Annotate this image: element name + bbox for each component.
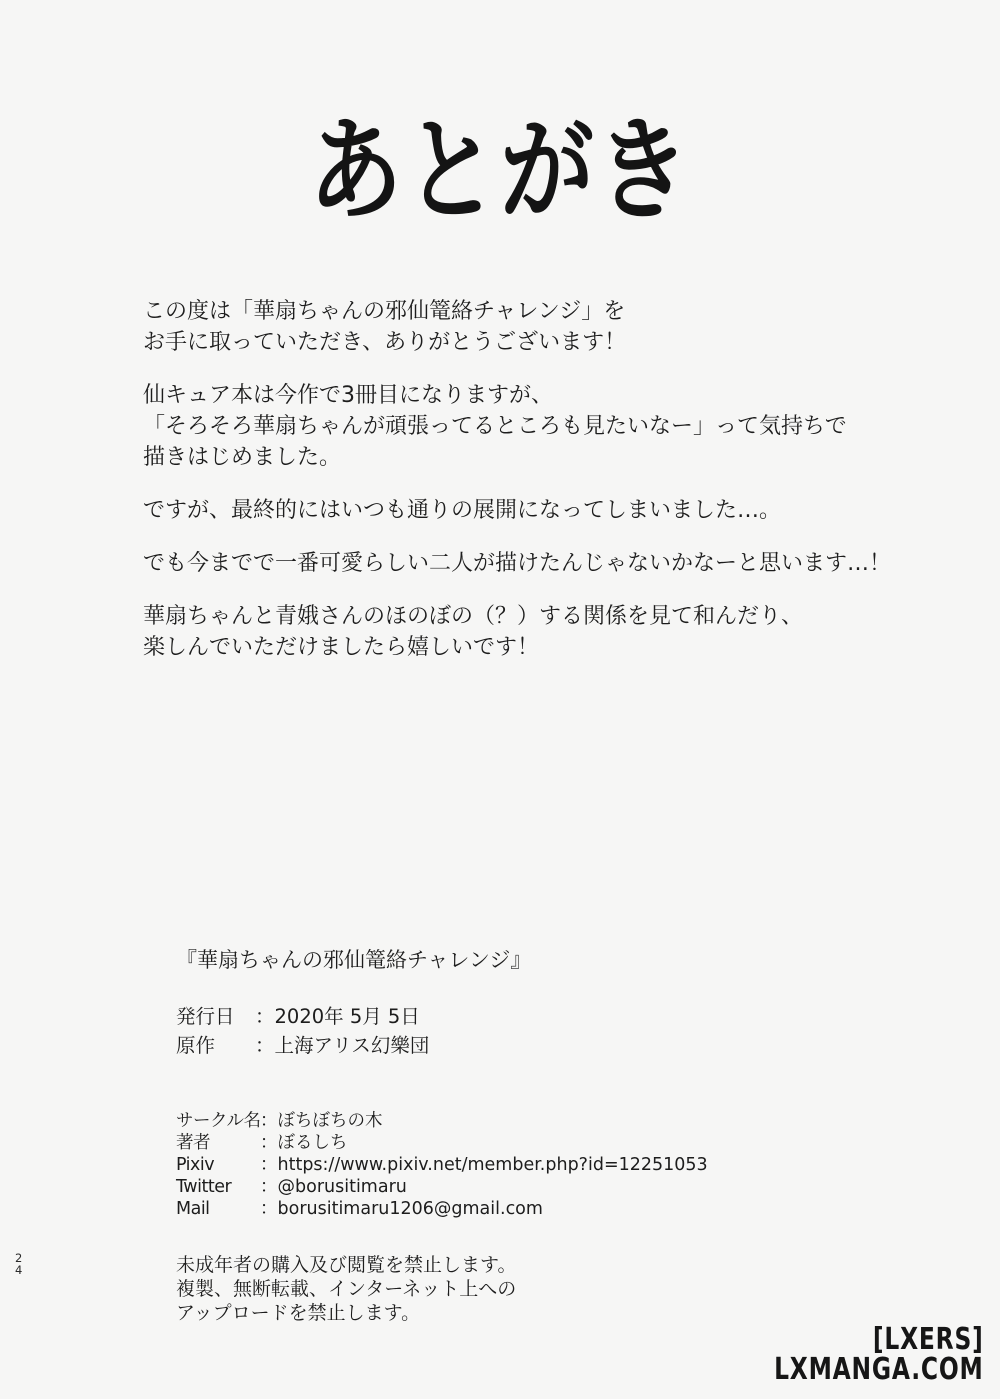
page-title: あとがき: [80, 96, 920, 246]
text-line: 描きはじめました。: [143, 442, 923, 473]
info-row: Twitter ：@borusitimaru: [176, 1176, 708, 1198]
text-line: 華扇ちゃんと青娥さんのほのぼの（？）する関係を見て和んだり、: [143, 601, 923, 632]
afterword-body: この度は「華扇ちゃんの邪仙篭絡チャレンジ」を お手に取っていただき、ありがとうご…: [143, 296, 923, 663]
watermark-site-name: LXMANGA.COM: [774, 1355, 984, 1385]
info-label: 発行日: [176, 1002, 255, 1031]
info-value: ：ぼるしち: [260, 1132, 348, 1154]
watermark: [LXERS] LXMANGA.COM: [774, 1325, 984, 1385]
text-line: お手に取っていただき、ありがとうございます！: [143, 327, 923, 358]
info-label: Pixiv: [176, 1154, 260, 1176]
disclaimer-line: アップロードを禁止します。: [176, 1301, 516, 1325]
mail-address: ：borusitimaru1206@gmail.com: [260, 1198, 543, 1220]
text-line: 「そろそろ華扇ちゃんが頑張ってるところも見たいなー」って気持ちで: [143, 411, 923, 442]
info-value: ：ぼちぼちの木: [260, 1110, 383, 1132]
text-line: でも今までで一番可愛らしい二人が描けたんじゃないかなーと思います…！: [143, 548, 923, 579]
info-value: ：上海アリス幻樂団: [255, 1031, 429, 1060]
circle-info: サークル名 ：ぼちぼちの木 著者 ：ぼるしち Pixiv ：https://ww…: [176, 1110, 708, 1220]
paragraph: 仙キュア本は今作で3冊目になりますが、 「そろそろ華扇ちゃんが頑張ってるところも…: [143, 380, 923, 473]
disclaimer: 未成年者の購入及び閲覧を禁止します。 複製、無断転載、インターネット上への アッ…: [176, 1253, 516, 1325]
info-row: Pixiv ：https://www.pixiv.net/member.php?…: [176, 1154, 708, 1176]
disclaimer-line: 未成年者の購入及び閲覧を禁止します。: [176, 1253, 516, 1277]
info-label: Twitter: [176, 1176, 260, 1198]
page-number: 24: [15, 1252, 26, 1276]
watermark-group-tag: [LXERS]: [774, 1325, 984, 1355]
pixiv-url: ：https://www.pixiv.net/member.php?id=122…: [260, 1154, 708, 1176]
text-line: 楽しんでいただけましたら嬉しいです！: [143, 632, 923, 663]
text-line: ですが、最終的にはいつも通りの展開になってしまいました…。: [143, 495, 923, 526]
paragraph: でも今までで一番可愛らしい二人が描けたんじゃないかなーと思います…！: [143, 548, 923, 579]
paragraph: この度は「華扇ちゃんの邪仙篭絡チャレンジ」を お手に取っていただき、ありがとうご…: [143, 296, 923, 358]
info-row: 発行日 ：2020年 5月 5日: [176, 1002, 429, 1031]
info-row: 原作 ：上海アリス幻樂団: [176, 1031, 429, 1060]
book-title: 『華扇ちゃんの邪仙篭絡チャレンジ』: [176, 947, 531, 973]
twitter-handle: ：@borusitimaru: [260, 1176, 407, 1198]
paragraph: ですが、最終的にはいつも通りの展開になってしまいました…。: [143, 495, 923, 526]
publication-info: 発行日 ：2020年 5月 5日 原作 ：上海アリス幻樂団: [176, 1002, 429, 1060]
disclaimer-line: 複製、無断転載、インターネット上への: [176, 1277, 516, 1301]
info-value: ：2020年 5月 5日: [255, 1002, 420, 1031]
paragraph: 華扇ちゃんと青娥さんのほのぼの（？）する関係を見て和んだり、 楽しんでいただけま…: [143, 601, 923, 663]
text-line: 仙キュア本は今作で3冊目になりますが、: [143, 380, 923, 411]
info-row: サークル名 ：ぼちぼちの木: [176, 1110, 708, 1132]
info-label: Mail: [176, 1198, 260, 1220]
info-label: サークル名: [176, 1110, 260, 1132]
text-line: この度は「華扇ちゃんの邪仙篭絡チャレンジ」を: [143, 296, 923, 327]
info-row: Mail ：borusitimaru1206@gmail.com: [176, 1198, 708, 1220]
afterword-page: あとがき この度は「華扇ちゃんの邪仙篭絡チャレンジ」を お手に取っていただき、あ…: [0, 0, 1000, 1399]
info-label: 原作: [176, 1031, 255, 1060]
info-label: 著者: [176, 1132, 260, 1154]
info-row: 著者 ：ぼるしち: [176, 1132, 708, 1154]
